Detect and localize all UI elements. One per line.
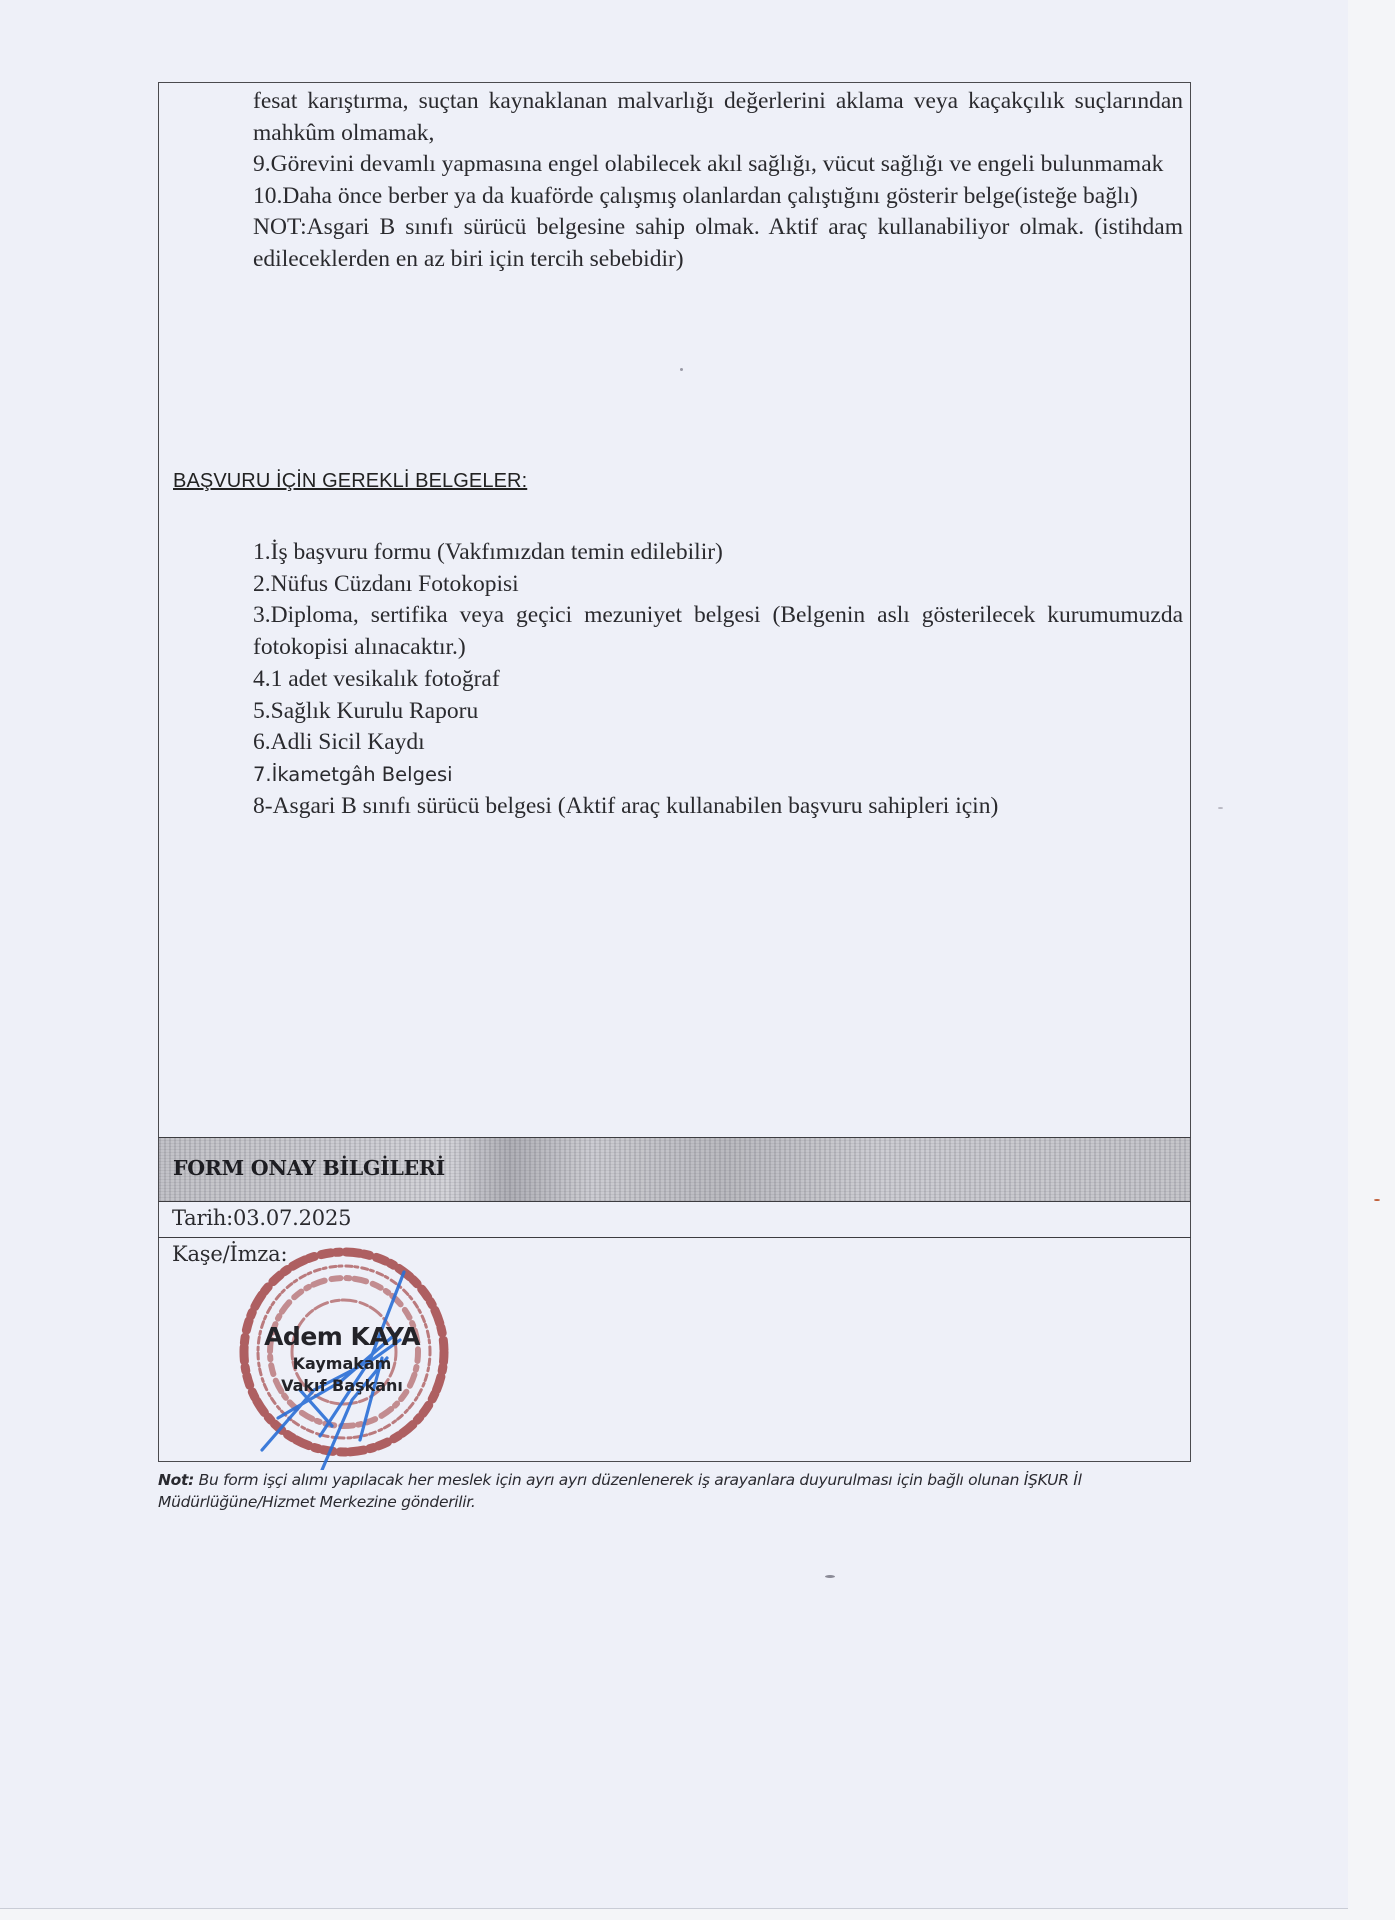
scan-speck xyxy=(825,1575,835,1578)
requirement-line: fesat karıştırma, suçtan kaynaklanan mal… xyxy=(253,86,1183,149)
footer-note-label: Not: xyxy=(158,1471,194,1489)
document-item: 5.Sağlık Kurulu Raporu xyxy=(253,696,1183,728)
scan-speck xyxy=(1374,1199,1380,1201)
stamp-name: Adem KAYA xyxy=(222,1322,462,1351)
document-item: 4.1 adet vesikalık fotoğraf xyxy=(253,664,1183,696)
document-item: 3.Diploma, sertifika veya geçici mezuniy… xyxy=(253,600,1183,663)
footer-note: Not: Bu form işçi alımı yapılacak her me… xyxy=(158,1469,1198,1513)
document-item: 8-Asgari B sınıfı sürücü belgesi (Aktif … xyxy=(253,791,1183,823)
scan-speck xyxy=(680,368,683,371)
requirements-continued: fesat karıştırma, suçtan kaynaklanan mal… xyxy=(253,86,1183,275)
form-approval-header: FORM ONAY BİLGİLERİ xyxy=(158,1137,1191,1202)
document-item: 2.Nüfus Cüzdanı Fotokopisi xyxy=(253,569,1183,601)
scan-speck xyxy=(1218,807,1223,809)
official-stamp: Adem KAYA Kaymakam Vakıf Başkanı xyxy=(222,1240,462,1470)
document-item: 7.İkametgâh Belgesi xyxy=(253,759,1183,791)
date-label: Tarih:03.07.2025 xyxy=(172,1206,351,1230)
form-approval-title: FORM ONAY BİLGİLERİ xyxy=(173,1156,445,1180)
date-row: Tarih:03.07.2025 xyxy=(158,1202,1191,1238)
stamp-title-line1: Kaymakam xyxy=(222,1354,462,1373)
requirement-item-10: 10.Daha önce berber ya da kuaförde çalış… xyxy=(253,181,1183,213)
requirement-item-9: 9.Görevini devamlı yapmasına engel olabi… xyxy=(253,149,1183,181)
document-item: 1.İş başvuru formu (Vakfımızdan temin ed… xyxy=(253,537,1183,569)
stamp-title-line2: Vakıf Başkanı xyxy=(222,1376,462,1395)
requirement-note: NOT:Asgari B sınıfı sürücü belgesine sah… xyxy=(253,212,1183,275)
required-documents-list: 1.İş başvuru formu (Vakfımızdan temin ed… xyxy=(253,537,1183,822)
footer-note-text: Bu form işçi alımı yapılacak her meslek … xyxy=(158,1471,1082,1511)
required-documents-heading: BAŞVURU İÇİN GEREKLİ BELGELER: xyxy=(173,470,527,493)
document-item: 6.Adli Sicil Kaydı xyxy=(253,727,1183,759)
